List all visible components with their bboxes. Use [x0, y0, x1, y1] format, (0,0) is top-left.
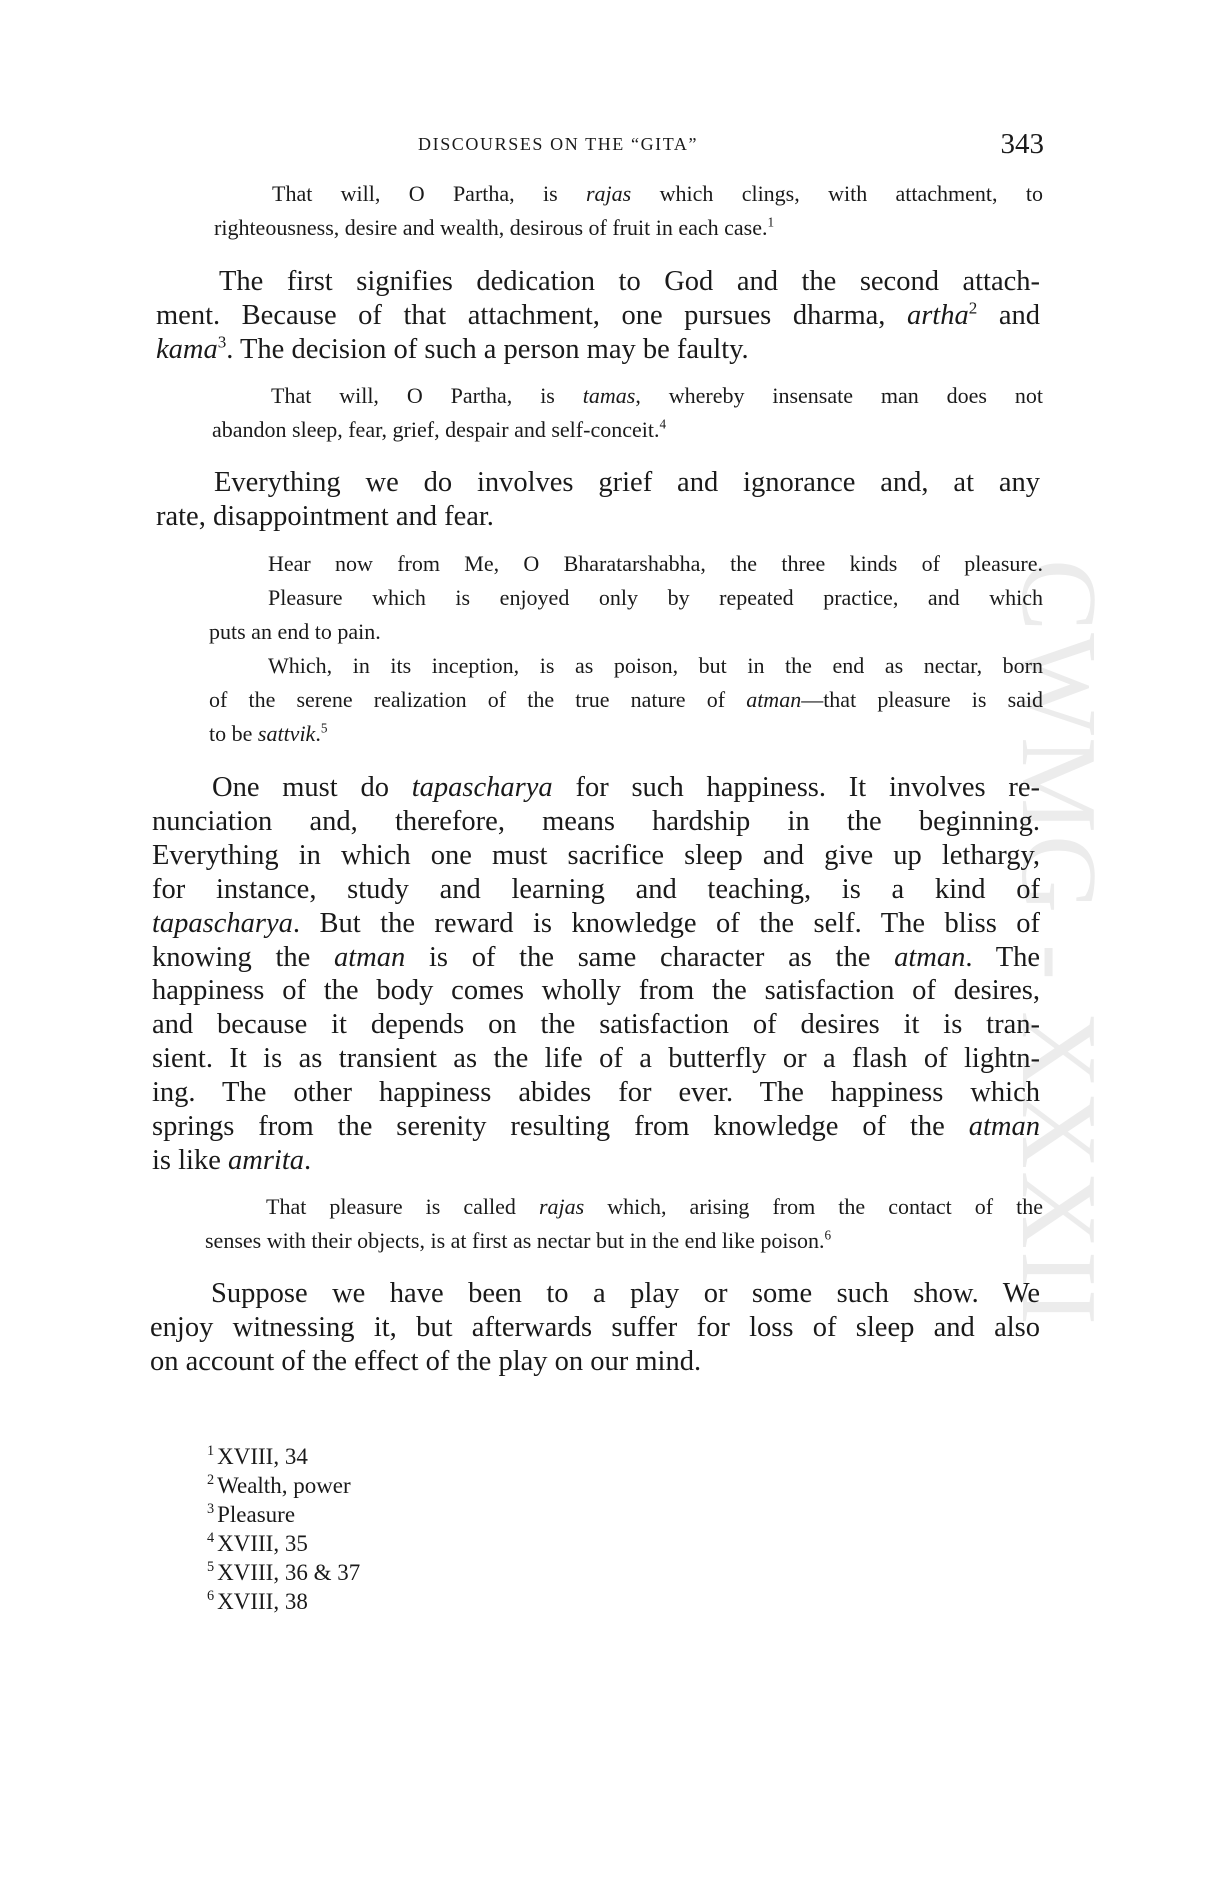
footnote: 3Pleasure: [207, 1502, 295, 1528]
footnote-text: XVIII, 38: [217, 1589, 308, 1614]
quote-line: abandon sleep, fear, grief, despair and …: [212, 417, 666, 443]
paragraph-line: springs from the serenity resulting from…: [152, 1111, 1040, 1143]
paragraph-line: kama3. The decision of such a person may…: [156, 334, 749, 366]
footnote-mark: 2: [207, 1472, 214, 1488]
paragraph-line: Everything in which one must sacrifice s…: [152, 840, 1040, 872]
paragraph-line: on account of the effect of the play on …: [150, 1346, 701, 1378]
footnote-mark: 4: [207, 1530, 214, 1546]
quote-line: That pleasure is called rajas which, ari…: [266, 1194, 1043, 1220]
paragraph-line: nunciation and, therefore, means hardshi…: [152, 806, 1040, 838]
footnote-mark: 3: [207, 1501, 214, 1517]
paragraph-line: enjoy witnessing it, but afterwards suff…: [150, 1312, 1040, 1344]
quote-line: senses with their objects, is at first a…: [205, 1228, 831, 1254]
footnote-text: XVIII, 36 & 37: [217, 1560, 360, 1585]
footnote-text: XVIII, 35: [217, 1531, 308, 1556]
footnote-mark: 6: [207, 1588, 214, 1604]
quote-line: Pleasure which is enjoyed only by repeat…: [268, 585, 1043, 611]
paragraph-line: One must do tapascharya for such happine…: [212, 772, 1040, 804]
page-number: 343: [1001, 128, 1045, 161]
paragraph-line: tapascharya. But the reward is knowledge…: [152, 908, 1040, 940]
footnote-text: Pleasure: [217, 1502, 295, 1527]
quote-line: to be sattvik.5: [209, 721, 327, 747]
footnote-text: XVIII, 34: [217, 1444, 308, 1469]
paragraph-line: for instance, study and learning and tea…: [152, 874, 1040, 906]
footnote-text: Wealth, power: [217, 1473, 351, 1498]
paragraph-line: is like amrita.: [152, 1145, 311, 1177]
paragraph-line: ment. Because of that attachment, one pu…: [156, 300, 1040, 332]
quote-line: Which, in its inception, is as poison, b…: [268, 653, 1043, 679]
paragraph-line: ing. The other happiness abides for ever…: [152, 1077, 1040, 1109]
quote-line: That will, O Partha, is rajas which clin…: [272, 181, 1043, 207]
quote-line: That will, O Partha, is tamas, whereby i…: [271, 383, 1043, 409]
footnote-mark: 1: [207, 1443, 214, 1459]
paragraph-line: knowing the atman is of the same charact…: [152, 942, 1040, 974]
paragraph-line: Everything we do involves grief and igno…: [214, 467, 1040, 499]
footnote: 4XVIII, 35: [207, 1531, 308, 1557]
quote-line: puts an end to pain.: [209, 619, 381, 645]
footnote: 5XVIII, 36 & 37: [207, 1560, 360, 1586]
quote-line: of the serene realization of the true na…: [209, 687, 1043, 713]
paragraph-line: The first signifies dedication to God an…: [219, 266, 1040, 298]
footnote-mark: 5: [207, 1559, 214, 1575]
footnote: 6XVIII, 38: [207, 1589, 308, 1615]
paragraph-line: sient. It is as transient as the life of…: [152, 1043, 1040, 1075]
paragraph-line: rate, disappointment and fear.: [156, 501, 494, 533]
paragraph-line: and because it depends on the satisfacti…: [152, 1009, 1040, 1041]
quote-line: righteousness, desire and wealth, desiro…: [214, 215, 774, 241]
footnote: 2Wealth, power: [207, 1473, 351, 1499]
running-head: DISCOURSES ON THE “GITA”: [418, 134, 698, 155]
footnote: 1XVIII, 34: [207, 1444, 308, 1470]
quote-line: Hear now from Me, O Bharatarshabha, the …: [268, 551, 1043, 577]
paragraph-line: Suppose we have been to a play or some s…: [211, 1278, 1040, 1310]
paragraph-line: happiness of the body comes wholly from …: [152, 975, 1040, 1007]
